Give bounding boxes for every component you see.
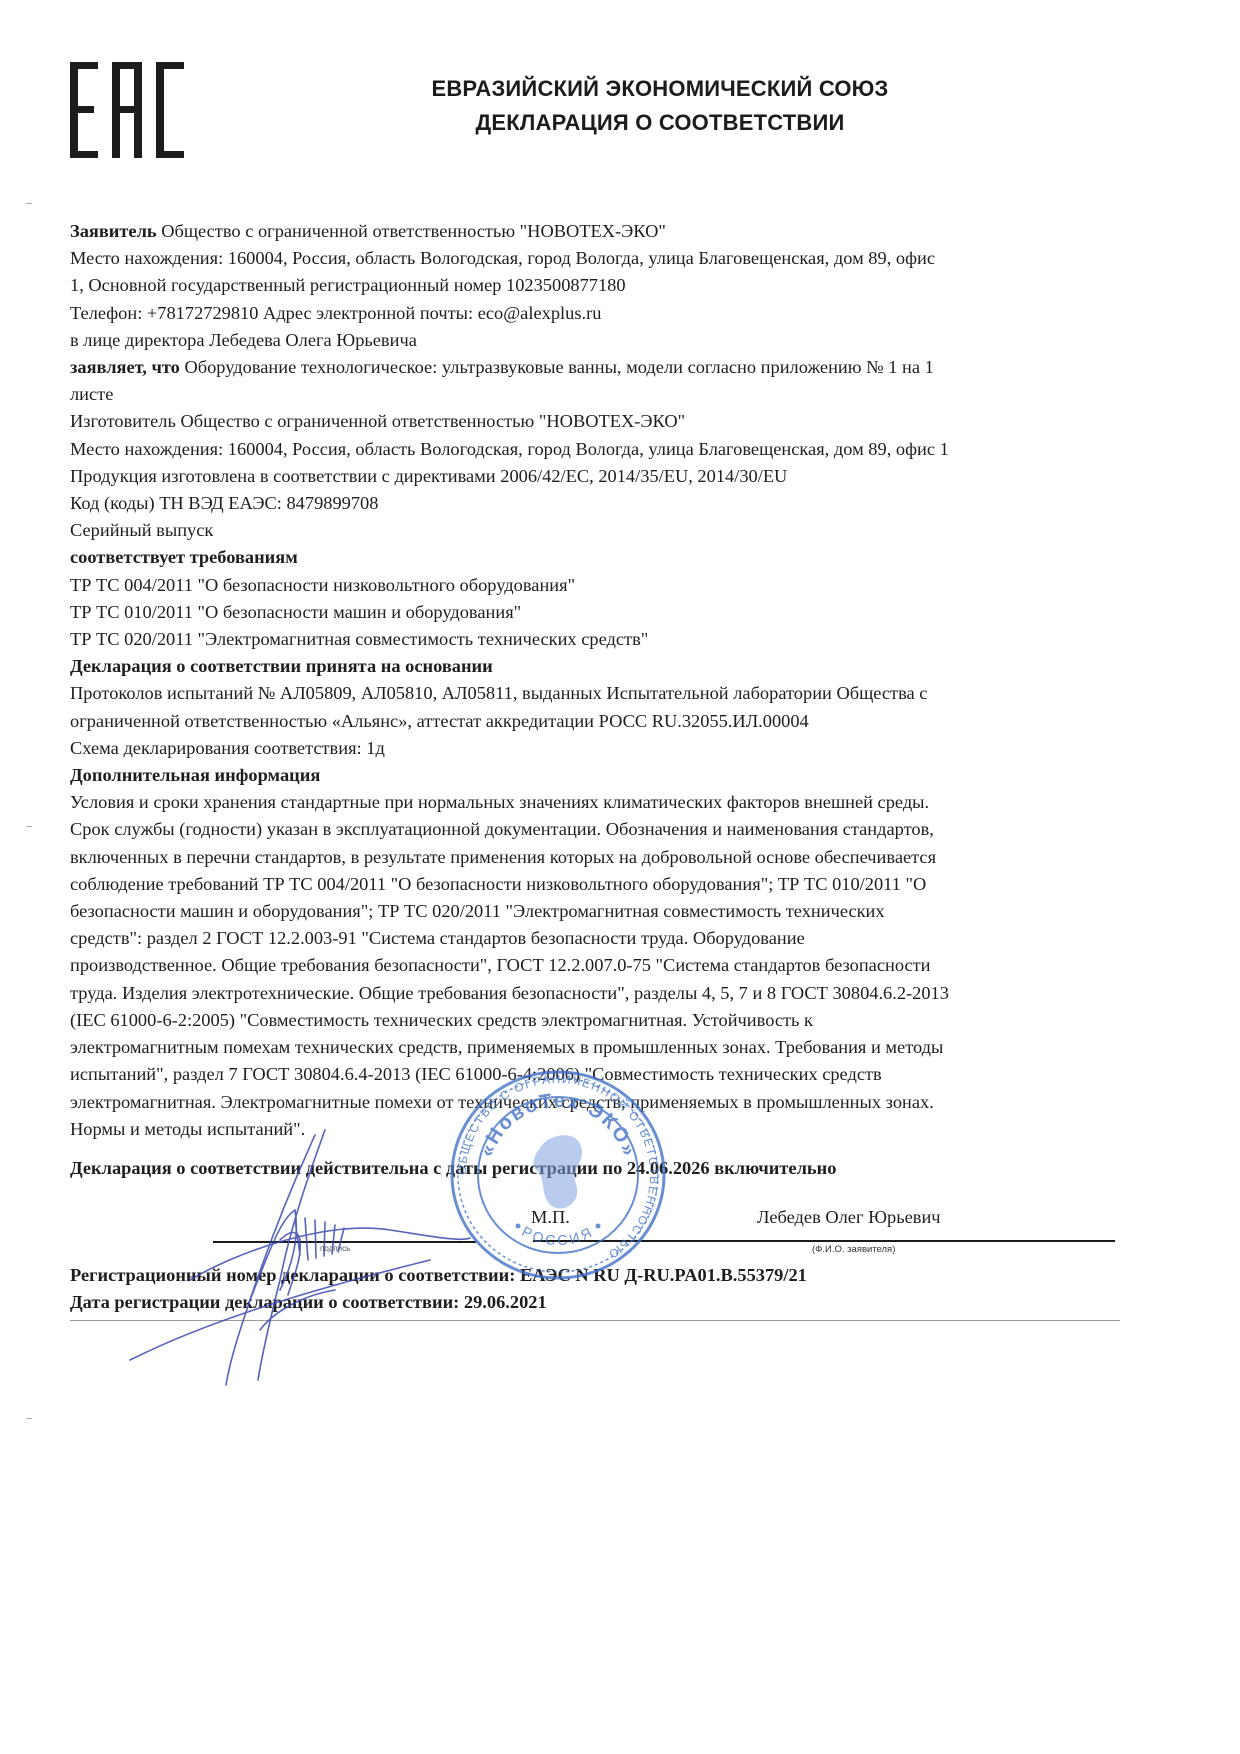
signer-caption: (Ф.И.О. заявителя) bbox=[812, 1244, 895, 1255]
applicant-label: Заявитель bbox=[70, 221, 157, 241]
manufacturer-address: Место нахождения: 160004, Россия, област… bbox=[70, 436, 1140, 463]
additional-info-line: безопасности машин и оборудования"; ТР Т… bbox=[70, 898, 1140, 925]
manufacturer-directives: Продукция изготовлена в соответствии с д… bbox=[70, 463, 1140, 490]
declaration-body: Заявитель Общество с ограниченной ответс… bbox=[70, 218, 1140, 1143]
applicant-contacts: Телефон: +78172729810 Адрес электронной … bbox=[70, 300, 1140, 327]
document-title: ДЕКЛАРАЦИЯ О СООТВЕТСТВИИ bbox=[350, 106, 970, 140]
signer-name: Лебедев Олег Юрьевич bbox=[757, 1207, 941, 1228]
additional-info-line: включенных в перечни стандартов, в резул… bbox=[70, 844, 1140, 871]
handwritten-signature-icon bbox=[130, 1130, 470, 1400]
eac-mark-icon bbox=[70, 62, 186, 158]
additional-info-line: производственное. Общие требования безоп… bbox=[70, 952, 1140, 979]
production-type: Серийный выпуск bbox=[70, 517, 1140, 544]
declaration-scheme: Схема декларирования соответствия: 1д bbox=[70, 735, 1140, 762]
applicant-line: Заявитель Общество с ограниченной ответс… bbox=[70, 218, 1140, 245]
additional-info-line: электромагнитным помехам технических сре… bbox=[70, 1034, 1140, 1061]
requirement-item: ТР ТС 010/2011 "О безопасности машин и о… bbox=[70, 599, 1140, 626]
seal-country: РОССИЯ bbox=[519, 1223, 596, 1248]
applicant-address-2: 1, Основной государственный регистрацион… bbox=[70, 272, 1140, 299]
manufacturer-name: Изготовитель Общество с ограниченной отв… bbox=[70, 408, 1140, 435]
scan-margin-mark bbox=[26, 1418, 32, 1419]
additional-info-heading: Дополнительная информация bbox=[70, 762, 1140, 789]
scan-margin-mark bbox=[26, 203, 32, 204]
additional-info-line: труда. Изделия электротехнические. Общие… bbox=[70, 980, 1140, 1007]
basis-protocols-2: ограниченной ответственностью «Альянс», … bbox=[70, 708, 1140, 735]
declares-line: заявляет, что Оборудование технологическ… bbox=[70, 354, 1140, 381]
declares-label: заявляет, что bbox=[70, 357, 180, 377]
additional-info-line: соблюдение требований ТР ТС 004/2011 "О … bbox=[70, 871, 1140, 898]
requirements-heading: соответствует требованиям bbox=[70, 544, 1140, 571]
requirement-item: ТР ТС 004/2011 "О безопасности низковоль… bbox=[70, 572, 1140, 599]
additional-info-line: средств": раздел 2 ГОСТ 12.2.003-91 "Сис… bbox=[70, 925, 1140, 952]
applicant-name: Общество с ограниченной ответственностью… bbox=[157, 221, 666, 241]
applicant-address-1: Место нахождения: 160004, Россия, област… bbox=[70, 245, 1140, 272]
company-seal-icon: ОБЩЕСТВО С ОГРАНИЧЕННОЙ ОТВЕТСТВЕННОСТЬЮ… bbox=[448, 1068, 668, 1282]
svg-text:РОССИЯ: РОССИЯ bbox=[519, 1223, 596, 1248]
union-title: ЕВРАЗИЙСКИЙ ЭКОНОМИЧЕСКИЙ СОЮЗ bbox=[350, 72, 970, 106]
basis-heading: Декларация о соответствии принята на осн… bbox=[70, 653, 1140, 680]
additional-info-line: Условия и сроки хранения стандартные при… bbox=[70, 789, 1140, 816]
document-header: ЕВРАЗИЙСКИЙ ЭКОНОМИЧЕСКИЙ СОЮЗ ДЕКЛАРАЦИ… bbox=[350, 72, 970, 140]
additional-info-line: Срок службы (годности) указан в эксплуат… bbox=[70, 816, 1140, 843]
tn-ved-code: Код (коды) ТН ВЭД ЕАЭС: 8479899708 bbox=[70, 490, 1140, 517]
product-description: Оборудование технологическое: ультразвук… bbox=[180, 357, 934, 377]
scan-margin-mark bbox=[26, 826, 32, 827]
additional-info-line: (IEC 61000-6-2:2005) "Совместимость техн… bbox=[70, 1007, 1140, 1034]
basis-protocols-1: Протоколов испытаний № АЛ05809, АЛ05810,… bbox=[70, 680, 1140, 707]
applicant-representative: в лице директора Лебедева Олега Юрьевича bbox=[70, 327, 1140, 354]
product-description-cont: листе bbox=[70, 381, 1140, 408]
requirement-item: ТР ТС 020/2011 "Электромагнитная совмест… bbox=[70, 626, 1140, 653]
declaration-page: ЕВРАЗИЙСКИЙ ЭКОНОМИЧЕСКИЙ СОЮЗ ДЕКЛАРАЦИ… bbox=[0, 0, 1240, 1754]
